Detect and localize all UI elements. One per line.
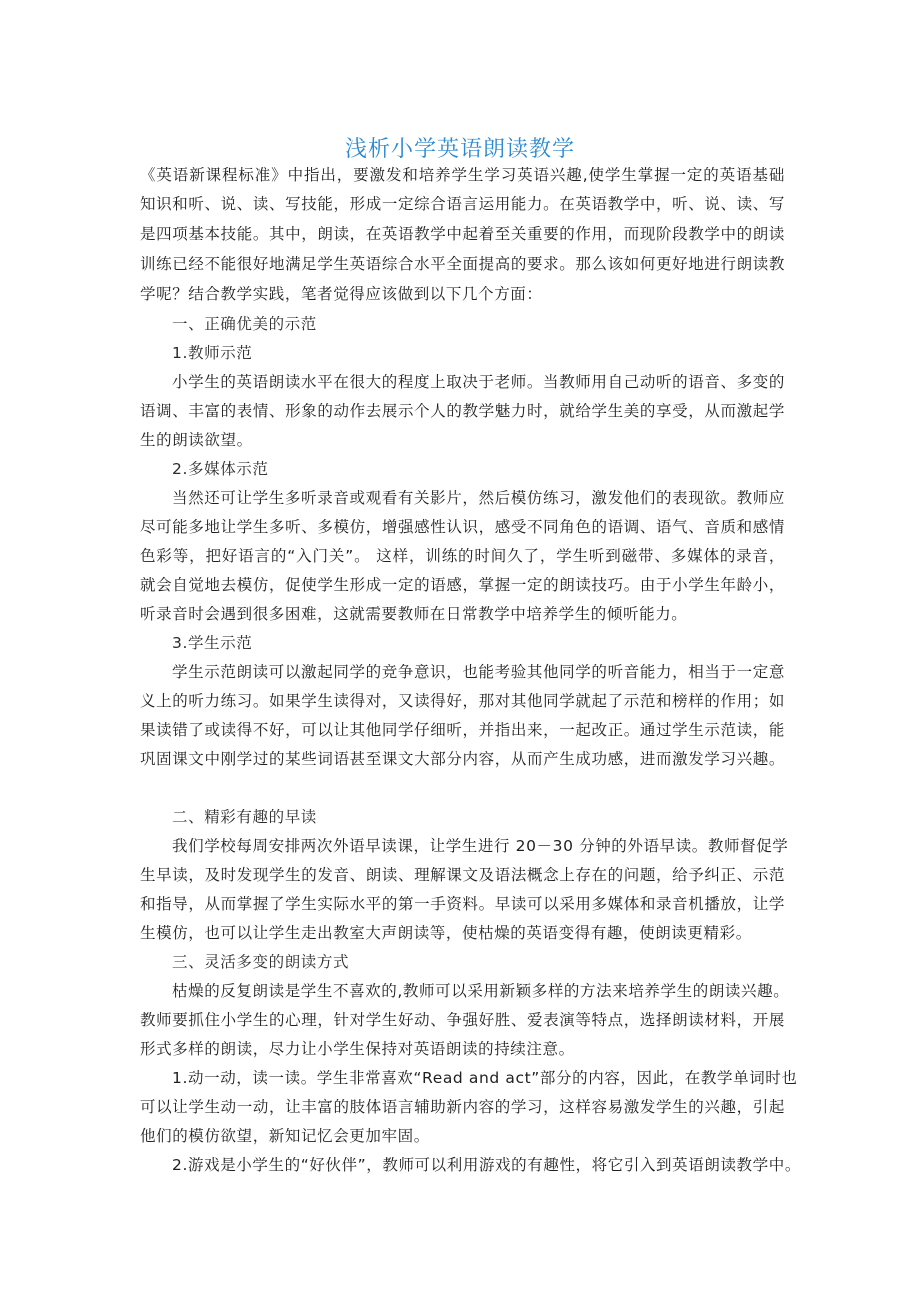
paragraph-line: 2.游戏是小学生的“好伙伴”，教师可以利用游戏的有趣性，将它引入到英语朗读教学中… [140, 1151, 785, 1180]
paragraph-line: 可以让学生动一动，让丰富的肢体语言辅助新内容的学习，这样容易激发学生的兴趣，引起 [140, 1093, 785, 1122]
section-heading: 三、灵活多变的朗读方式 [140, 948, 785, 977]
document-page: 浅析小学英语朗读教学 《英语新课程标准》中指出，要激发和培养学生学习英语兴趣,使… [0, 0, 920, 1302]
paragraph-line: 尽可能多地让学生多听、多模仿，增强感性认识，感受不同角色的语调、语气、音质和感情 [140, 513, 785, 542]
paragraph-line: 形式多样的朗读，尽力让小学生保持对英语朗读的持续注意。 [140, 1035, 785, 1064]
section-heading: 3.学生示范 [140, 629, 785, 658]
paragraph-line: 果读错了或读得不好，可以让其他同学仔细听，并指出来，一起改正。通过学生示范读，能 [140, 716, 785, 745]
paragraph-line: 当然还可让学生多听录音或观看有关影片，然后模仿练习，激发他们的表现欲。教师应 [140, 484, 785, 513]
paragraph-line: 学生示范朗读可以激起同学的竞争意识，也能考验其他同学的听音能力，相当于一定意 [140, 658, 785, 687]
paragraph-line: 听录音时会遇到很多困难，这就需要教师在日常教学中培养学生的倾听能力。 [140, 600, 785, 629]
paragraph-line: 语调、丰富的表情、形象的动作去展示个人的教学魅力时，就给学生美的享受，从而激起学 [140, 397, 785, 426]
paragraph-line: 小学生的英语朗读水平在很大的程度上取决于老师。当教师用自己动听的语音、多变的 [140, 368, 785, 397]
paragraph-line: 知识和听、说、读、写技能，形成一定综合语言运用能力。在英语教学中，听、说、读、写 [140, 190, 785, 219]
section-heading: 1.教师示范 [140, 339, 785, 368]
paragraph-line: 教师要抓住小学生的心理，针对学生好动、争强好胜、爱表演等特点，选择朗读材料，开展 [140, 1006, 785, 1035]
paragraph-line: 色彩等，把好语言的“入门关”。 这样，训练的时间久了，学生听到磁带、多媒体的录音… [140, 542, 785, 571]
paragraph-line: 我们学校每周安排两次外语早读课，让学生进行 20－30 分钟的外语早读。教师督促… [140, 832, 785, 861]
paragraph-line: 学呢？结合教学实践，笔者觉得应该做到以下几个方面： [140, 280, 785, 309]
paragraph-line: 1.动一动，读一读。学生非常喜欢“Read and act”部分的内容，因此，在… [140, 1064, 785, 1093]
paragraph-line: 是四项基本技能。其中，朗读，在英语教学中起着至关重要的作用，而现阶段教学中的朗读 [140, 220, 785, 249]
section-heading: 二、精彩有趣的早读 [140, 803, 785, 832]
paragraph-line: 生的朗读欲望。 [140, 426, 785, 455]
section-heading: 一、正确优美的示范 [140, 310, 785, 339]
paragraph-line: 生模仿，也可以让学生走出教室大声朗读等，使枯燥的英语变得有趣，使朗读更精彩。 [140, 919, 785, 948]
paragraph-line: 生早读，及时发现学生的发音、朗读、理解课文及语法概念上存在的问题，给予纠正、示范 [140, 861, 785, 890]
paragraph-line: 义上的听力练习。如果学生读得对，又读得好，那对其他同学就起了示范和榜样的作用；如 [140, 687, 785, 716]
paragraph-line: 他们的模仿欲望，新知记忆会更加牢固。 [140, 1122, 785, 1151]
paragraph-line: 《英语新课程标准》中指出，要激发和培养学生学习英语兴趣,使学生掌握一定的英语基础 [140, 161, 785, 190]
paragraph-line: 枯燥的反复朗读是学生不喜欢的,教师可以采用新颖多样的方法来培养学生的朗读兴趣。 [140, 977, 785, 1006]
paragraph-line: 巩固课文中刚学过的某些词语甚至课文大部分内容，从而产生成功感，进而激发学习兴趣。 [140, 745, 785, 774]
paragraph-line: 训练已经不能很好地满足学生英语综合水平全面提高的要求。那么该如何更好地进行朗读教 [140, 250, 785, 279]
paragraph-line: 和指导，从而掌握了学生实际水平的第一手资料。早读可以采用多媒体和录音机播放，让学 [140, 890, 785, 919]
section-heading: 2.多媒体示范 [140, 455, 785, 484]
paragraph-line: 就会自觉地去模仿，促使学生形成一定的语感，掌握一定的朗读技巧。由于小学生年龄小， [140, 571, 785, 600]
